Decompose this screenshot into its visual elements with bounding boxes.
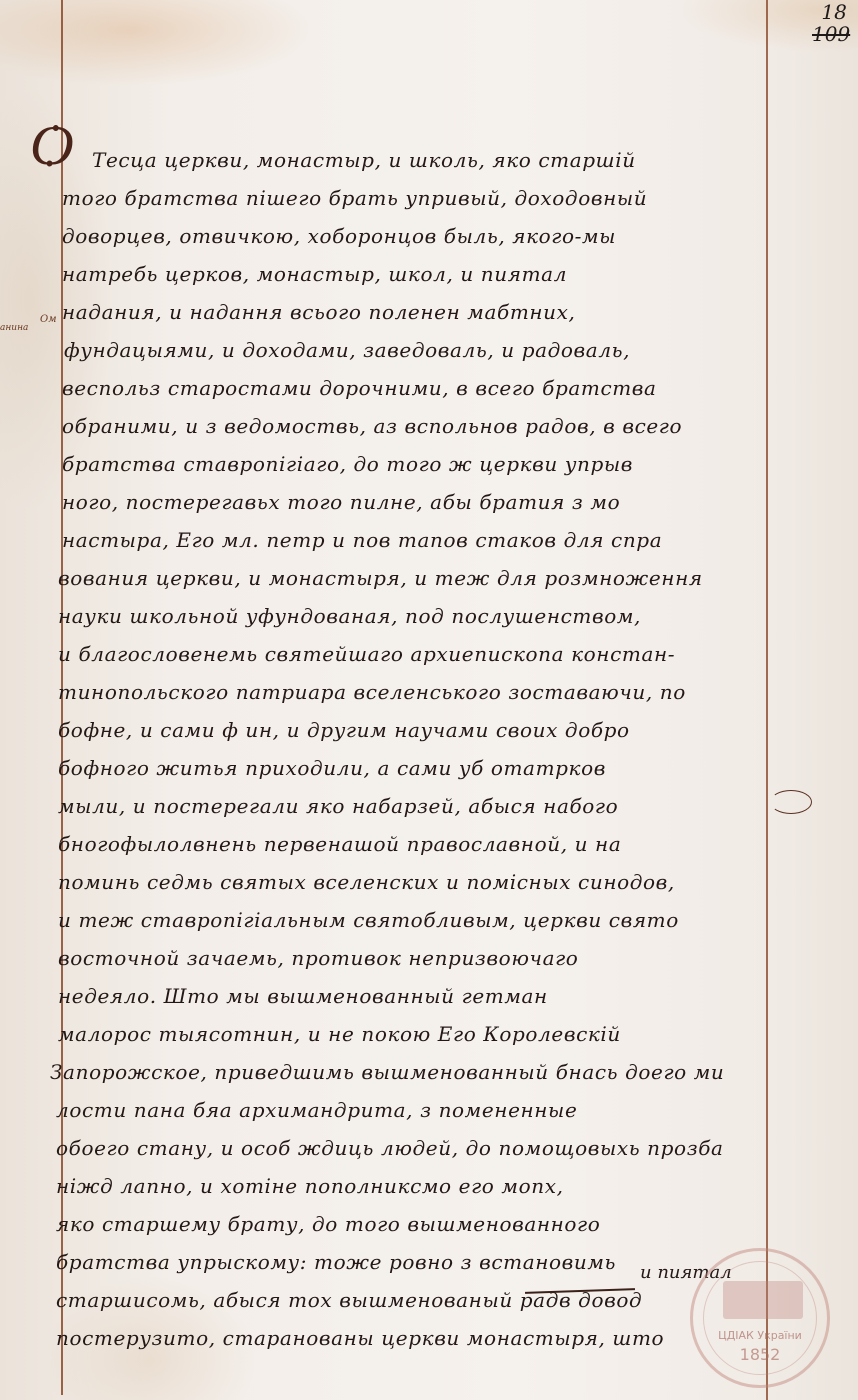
- text-line: бногофылолвнень первенашой православной,…: [58, 826, 621, 862]
- stamp-book-icon: [723, 1281, 803, 1319]
- text-line: ніжд лапно, и хотіне пополниксмо его моп…: [56, 1168, 564, 1204]
- text-line: веспольз старостами дорочними, в всего б…: [62, 370, 657, 406]
- text-line: малорос тыясотнин, и не покою Его Короле…: [58, 1016, 621, 1052]
- text-line: и благословенемь святейшаго архиепископа…: [58, 636, 675, 672]
- right-margin-rule: [766, 0, 768, 1400]
- text-line: обоего стану, и особ ждиць людей, до пом…: [56, 1130, 724, 1166]
- text-line: бофне, и сами ф ин, и другим научами сво…: [58, 712, 630, 748]
- text-line: натребь церков, монастыр, школ, и пиятал: [62, 256, 567, 292]
- text-line: братства упрыскому: тоже ровно з встанов…: [56, 1244, 616, 1280]
- archive-stamp: ЦДІАК України 1852: [690, 1248, 830, 1388]
- text-line: настыра, Его мл. петр и пов тапов стаков…: [62, 522, 662, 558]
- text-line: недеяло. Што мы вышменованный гетман: [58, 978, 548, 1014]
- text-line: братства ставропігіаго, до того ж церкви…: [62, 446, 633, 482]
- text-line: того братства пішего брать упривый, дохо…: [62, 180, 647, 216]
- text-line: тинопольского патриара вселенського зост…: [58, 674, 686, 710]
- folio-number: 18 109: [818, 2, 850, 44]
- text-line: восточной зачаемь, противок непризвоючаг…: [58, 940, 578, 976]
- text-line: лости пана бяа архимандрита, з помененны…: [56, 1092, 577, 1128]
- text-line: и теж ставропігіальным святобливым, церк…: [58, 902, 679, 938]
- text-line: науки школьной уфундованая, под послушен…: [58, 598, 641, 634]
- text-line: Тесца церкви, монастыр, и школь, яко ста…: [92, 142, 636, 178]
- margin-note-above: Ом: [40, 314, 57, 325]
- ink-flourish: [770, 790, 812, 814]
- text-line: бофного житья приходили, а сами уб отатр…: [58, 750, 606, 786]
- text-line: обраними, и з ведомоствь, аз вспольнов р…: [62, 408, 682, 444]
- stamp-label: ЦДІАК України: [693, 1329, 827, 1342]
- text-line: мыли, и постерегали яко набарзей, абыся …: [58, 788, 618, 824]
- text-line: ного, постерегавьх того пилне, абы брати…: [62, 484, 620, 520]
- manuscript-page: 18 109 Ом анина Ѻ Тесца церкви, монастыр…: [0, 0, 858, 1400]
- text-line: фундацыями, и доходами, заведоваль, и ра…: [64, 332, 630, 368]
- text-line: доворцев, отвичкою, хоборонцов быль, яко…: [62, 218, 616, 254]
- stamp-year: 1852: [693, 1345, 827, 1364]
- text-line: Запорожское, приведшимь вышменованный бн…: [50, 1054, 724, 1090]
- folio-struck-out: 109: [812, 24, 850, 44]
- decorated-initial: Ѻ: [30, 118, 74, 174]
- text-line: вования церкви, и монастыря, и теж для р…: [58, 560, 703, 596]
- text-line: поминь седмь святых вселенских и помісны…: [58, 864, 675, 900]
- margin-note: Ом анина: [0, 323, 28, 333]
- text-line: надания, и надання всього поленен мабтни…: [62, 294, 575, 330]
- folio-current: 18: [818, 2, 850, 22]
- text-line: старшисомь, абыся тох вышменованый радв …: [56, 1282, 642, 1318]
- text-line: постерузито, старанованы церкви монастыр…: [56, 1320, 664, 1356]
- margin-note-text: анина: [0, 323, 28, 333]
- text-line: яко старшему брату, до того вышменованно…: [56, 1206, 600, 1242]
